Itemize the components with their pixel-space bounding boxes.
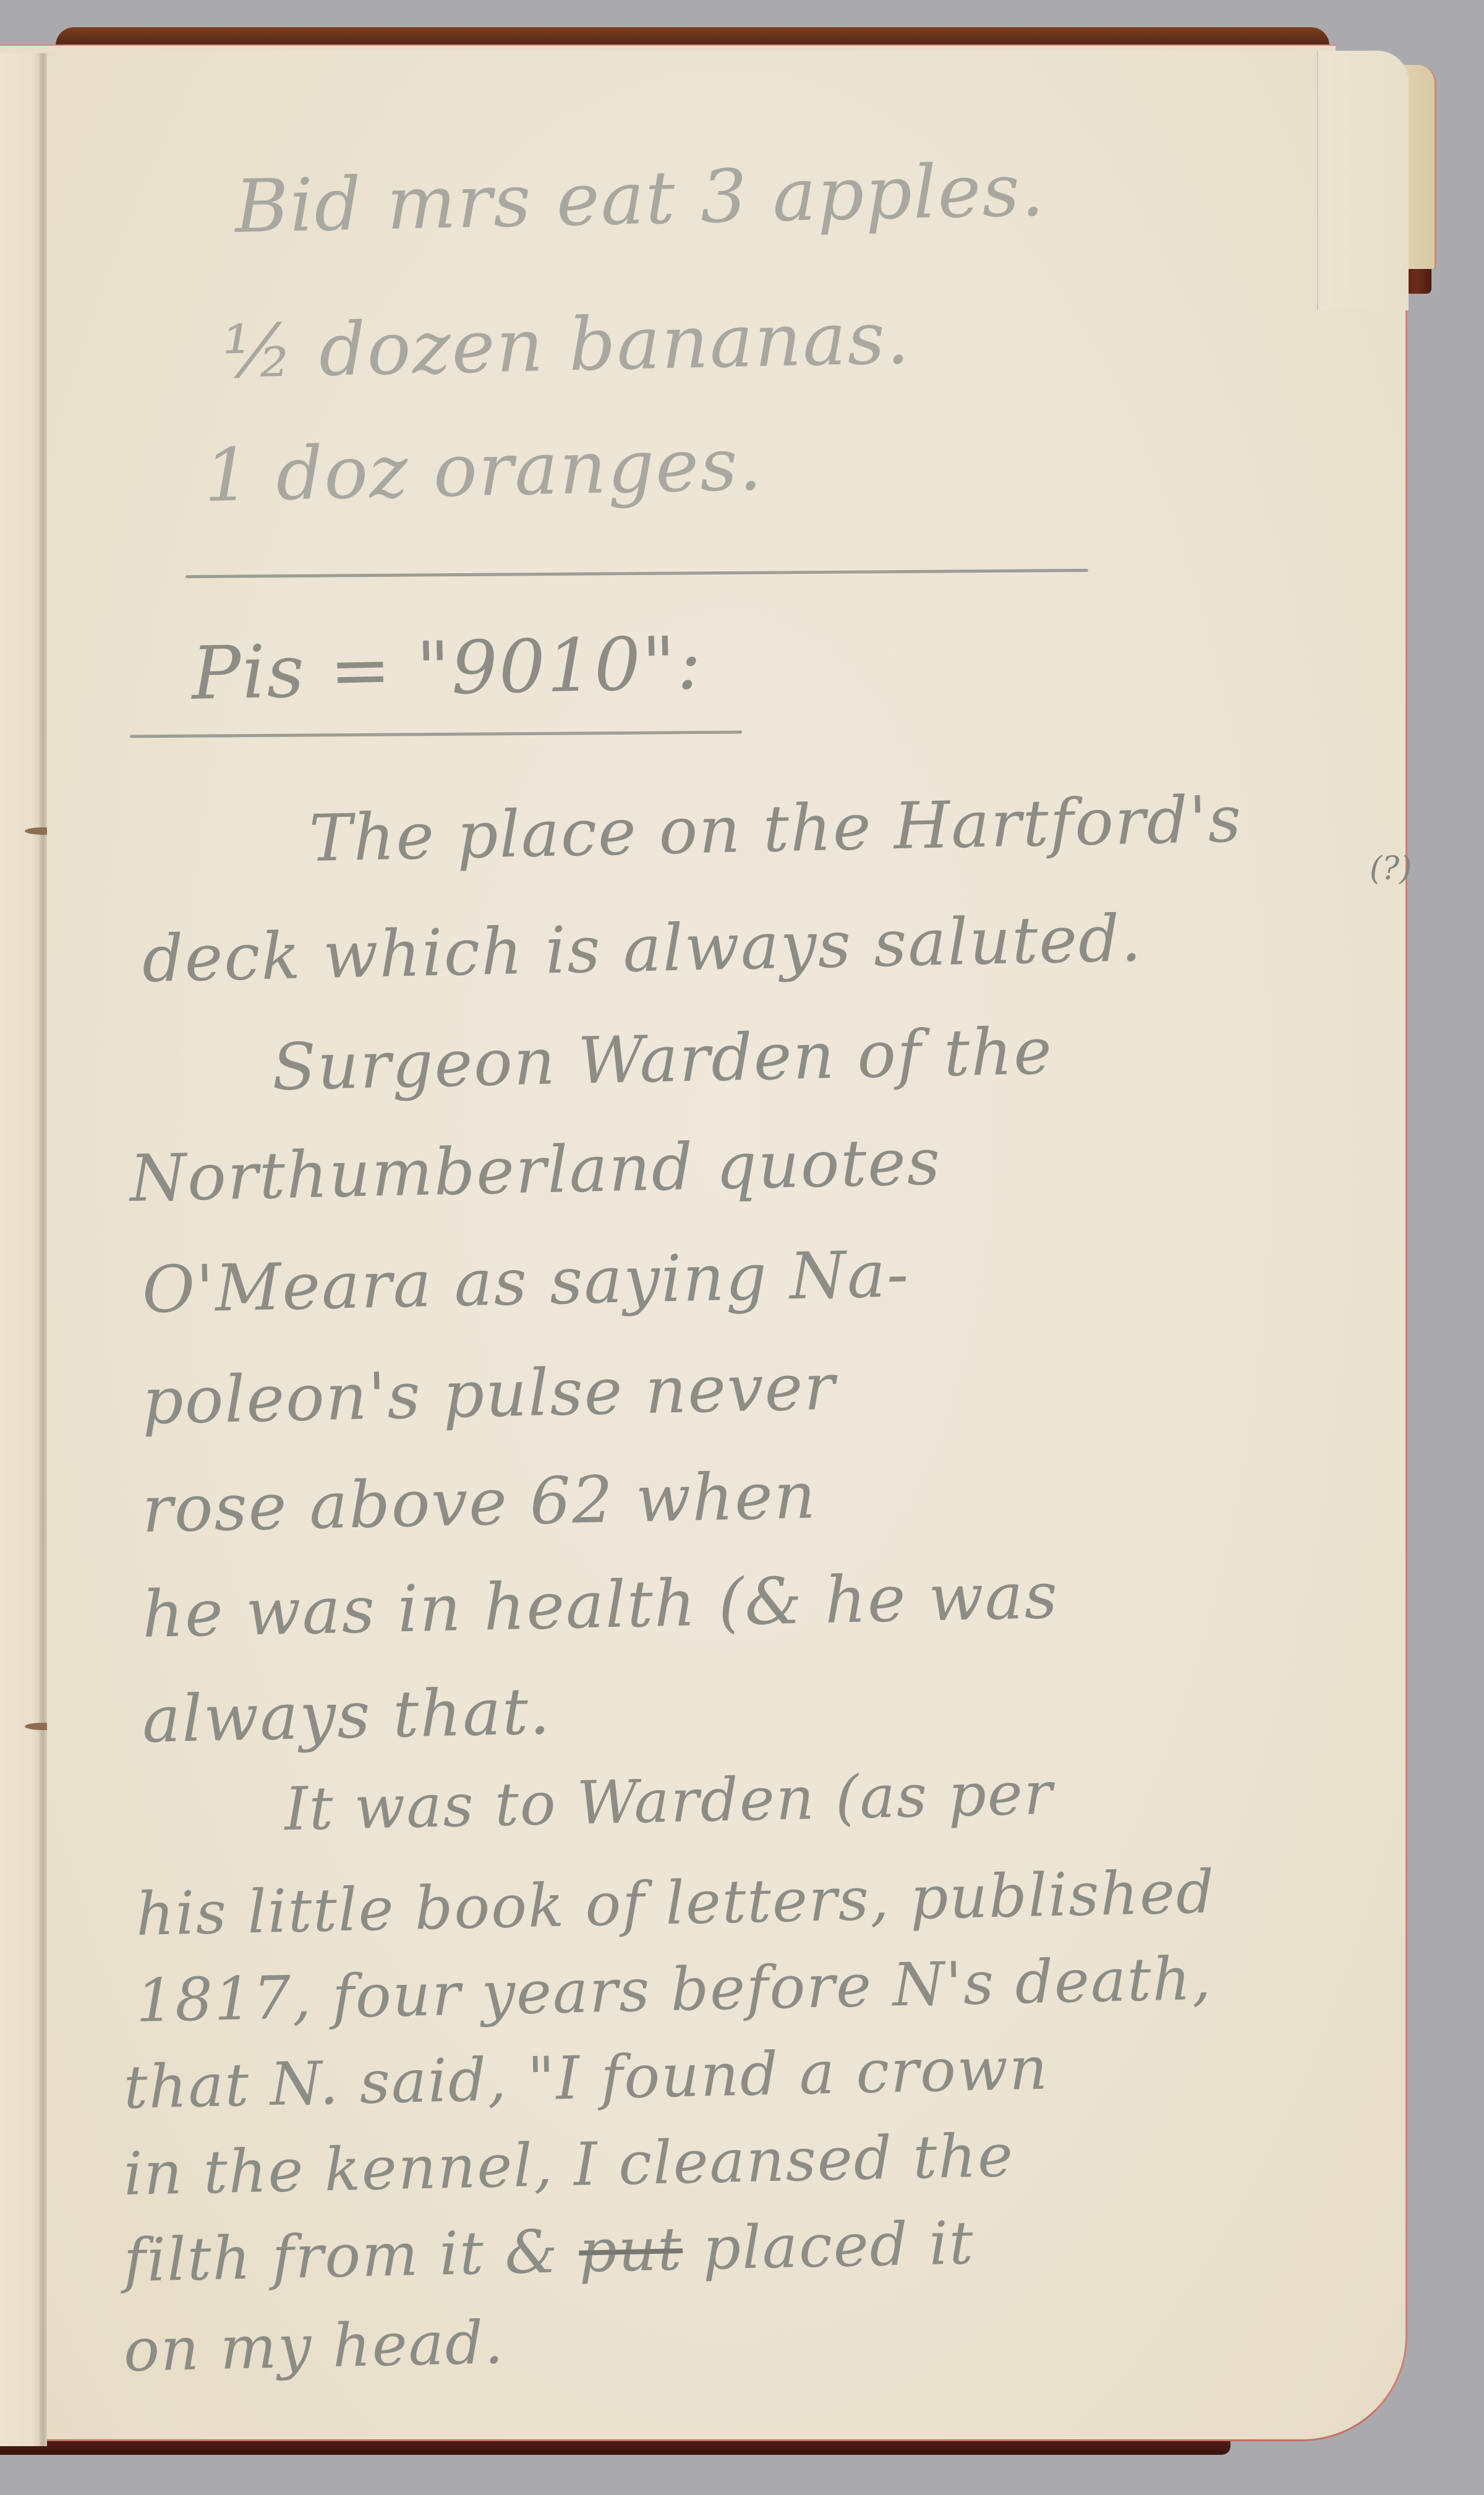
paragraph-3-line-7: on my head.	[123, 2308, 505, 2385]
list-line-bananas: ½ dozen bananas.	[222, 295, 911, 395]
line-text-after: placed it	[682, 2208, 975, 2284]
struck-word: put	[578, 2214, 683, 2285]
list-line-apples: Bid mrs eat 3 apples.	[234, 147, 1046, 249]
paragraph-2-line-3: O'Meara as saying Na-	[142, 1236, 911, 1328]
torn-page-corner	[1317, 51, 1409, 310]
left-facing-page	[0, 53, 41, 2446]
paragraph-2-line-5: rose above 62 when	[142, 1457, 817, 1547]
line-text-before: filth from it &	[123, 2217, 580, 2295]
margin-annotation: (?)	[1370, 850, 1412, 887]
paragraph-2-line-4: poleon's pulse never	[142, 1349, 837, 1439]
binding-gutter	[40, 53, 47, 2446]
book-cover-bottom-edge	[0, 2441, 1230, 2455]
paragraph-2-line-7: always that.	[142, 1673, 552, 1757]
list-line-oranges: 1 doz oranges.	[203, 421, 764, 518]
page-heading: Pis = "9010":	[191, 620, 704, 716]
